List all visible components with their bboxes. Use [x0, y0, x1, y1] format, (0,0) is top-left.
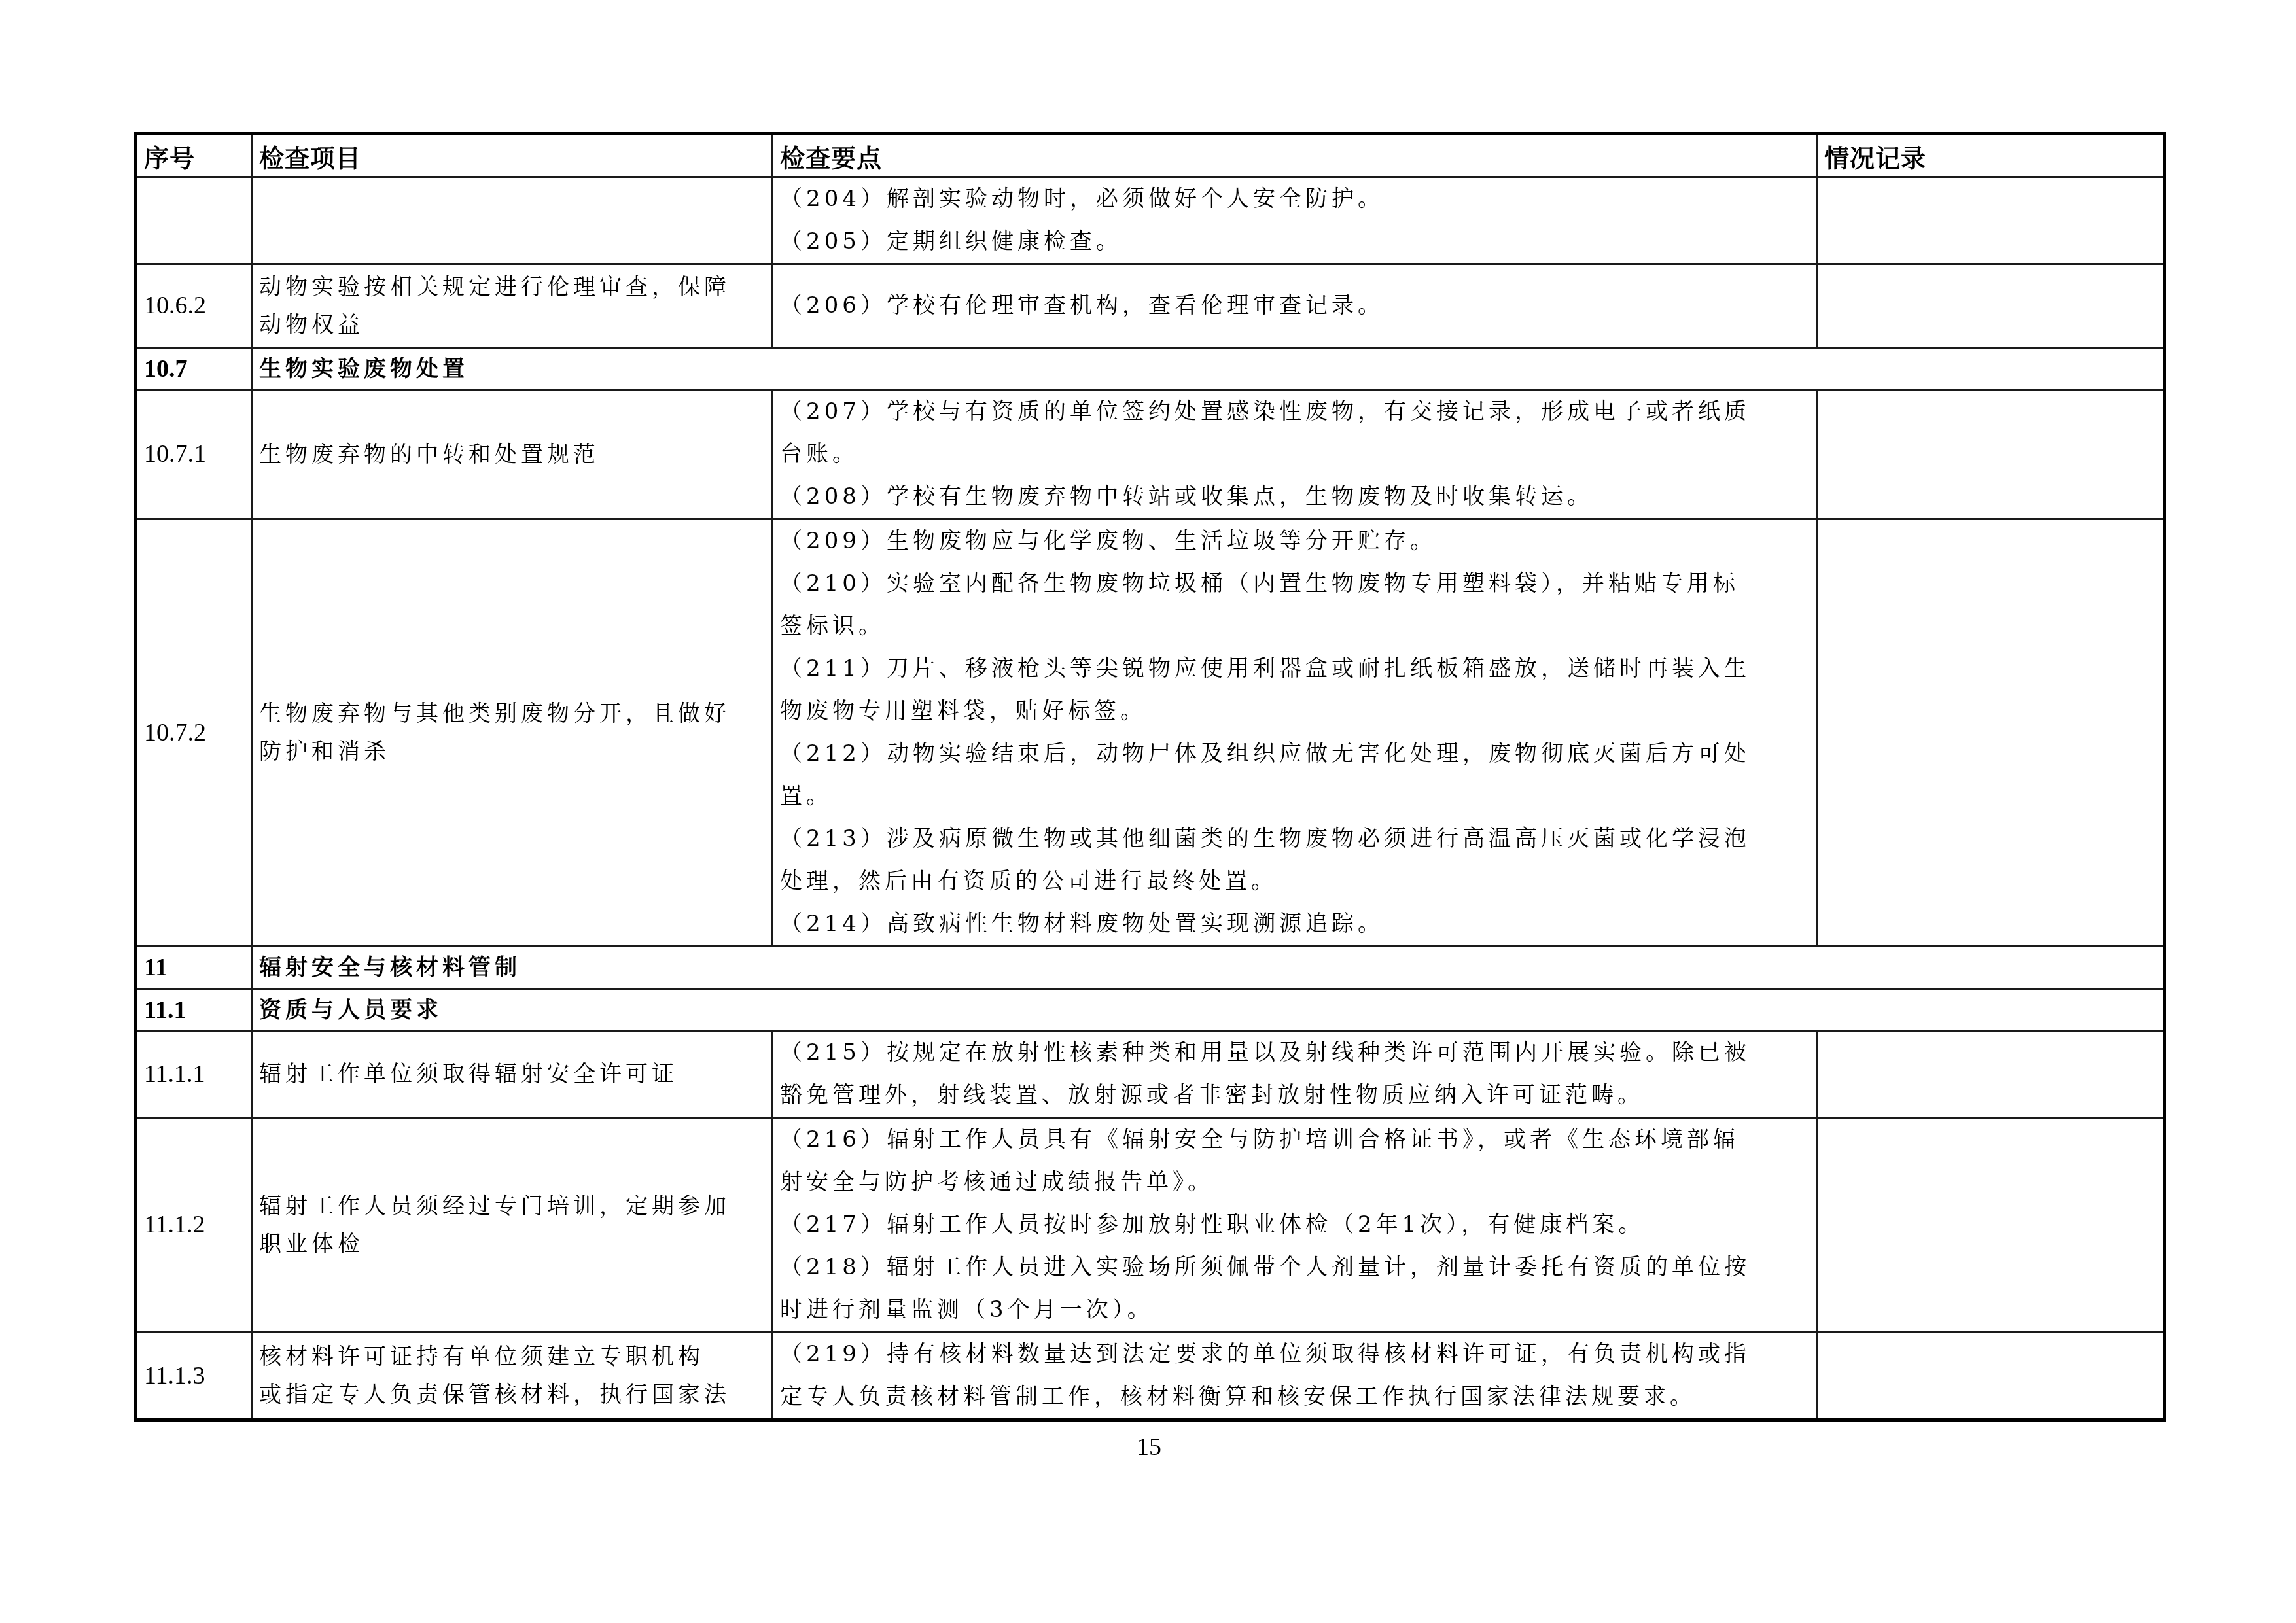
record-cell[interactable] [1817, 1333, 2164, 1420]
check-point-line: 射安全与防护考核通过成绩报告单》。 [780, 1161, 1809, 1204]
check-item-line: 防护和消杀 [259, 733, 765, 771]
check-point-line: （205）定期组织健康检查。 [780, 220, 1809, 263]
record-cell[interactable] [1817, 519, 2164, 947]
check-item: 动物实验按相关规定进行伦理审查，保障动物权益 [252, 264, 773, 348]
table-row: 10.6.2动物实验按相关规定进行伦理审查，保障动物权益（206）学校有伦理审查… [136, 264, 2164, 348]
check-point-line: （212）动物实验结束后，动物尸体及组织应做无害化处理，废物彻底灭菌后方可处 [780, 733, 1809, 775]
document-page: 序号 检查项目 检查要点 情况记录 （204）解剖实验动物时，必须做好个人安全防… [0, 0, 2296, 1623]
check-point-line: 台账。 [780, 433, 1809, 476]
check-item [252, 177, 773, 264]
table-row: 11.1.2辐射工作人员须经过专门培训，定期参加职业体检（216）辐射工作人员具… [136, 1118, 2164, 1333]
header-check-item: 检查项目 [252, 134, 773, 177]
check-item-line: 生物废弃物与其他类别废物分开，且做好 [259, 695, 765, 733]
check-points: （219）持有核材料数量达到法定要求的单位须取得核材料许可证，有负责机构或指定专… [773, 1333, 1817, 1420]
check-item-line: 生物废弃物的中转和处置规范 [259, 436, 765, 474]
check-point-line: （210）实验室内配备生物废物垃圾桶（内置生物废物专用塑料袋），并粘贴专用标 [780, 563, 1809, 605]
header-check-points: 检查要点 [773, 134, 1817, 177]
check-item: 生物废弃物的中转和处置规范 [252, 390, 773, 519]
section-number: 11 [136, 947, 252, 989]
check-point-line: （217）辐射工作人员按时参加放射性职业体检（2年1次），有健康档案。 [780, 1204, 1809, 1246]
check-points: （207）学校与有资质的单位签约处置感染性废物，有交接记录，形成电子或者纸质台账… [773, 390, 1817, 519]
record-cell[interactable] [1817, 390, 2164, 519]
section-row: 10.7生物实验废物处置 [136, 348, 2164, 390]
check-item-line: 辐射工作人员须经过专门培训，定期参加 [259, 1187, 765, 1225]
table-row: 10.7.2生物废弃物与其他类别废物分开，且做好防护和消杀（209）生物废物应与… [136, 519, 2164, 947]
check-item-line: 辐射工作单位须取得辐射安全许可证 [259, 1055, 765, 1093]
table-row: 11.1.1辐射工作单位须取得辐射安全许可证（215）按规定在放射性核素种类和用… [136, 1031, 2164, 1118]
page-number: 15 [1116, 1433, 1182, 1461]
check-point-line: 定专人负责核材料管制工作，核材料衡算和核安保工作执行国家法律法规要求。 [780, 1376, 1809, 1418]
item-number: 11.1.3 [136, 1333, 252, 1420]
check-points: （216）辐射工作人员具有《辐射安全与防护培训合格证书》，或者《生态环境部辐射安… [773, 1118, 1817, 1333]
section-title: 辐射安全与核材料管制 [252, 947, 2164, 989]
record-cell[interactable] [1817, 177, 2164, 264]
check-item-line: 或指定专人负责保管核材料，执行国家法 [259, 1376, 765, 1414]
check-item-line: 动物实验按相关规定进行伦理审查，保障 [259, 268, 765, 306]
record-cell[interactable] [1817, 1031, 2164, 1118]
check-point-line: 置。 [780, 775, 1809, 818]
section-number: 10.7 [136, 348, 252, 390]
header-number: 序号 [136, 134, 252, 177]
item-number: 11.1.1 [136, 1031, 252, 1118]
check-point-line: （206）学校有伦理审查机构，查看伦理审查记录。 [780, 285, 1809, 327]
check-point-line: （204）解剖实验动物时，必须做好个人安全防护。 [780, 178, 1809, 220]
check-point-line: 时进行剂量监测（3个月一次）。 [780, 1289, 1809, 1331]
table-row: （204）解剖实验动物时，必须做好个人安全防护。（205）定期组织健康检查。 [136, 177, 2164, 264]
item-number: 10.7.1 [136, 390, 252, 519]
check-point-line: （211）刀片、移液枪头等尖锐物应使用利器盒或耐扎纸板箱盛放，送储时再装入生 [780, 648, 1809, 690]
table-row: 11.1.3核材料许可证持有单位须建立专职机构或指定专人负责保管核材料，执行国家… [136, 1333, 2164, 1420]
section-title: 生物实验废物处置 [252, 348, 2164, 390]
check-point-line: （216）辐射工作人员具有《辐射安全与防护培训合格证书》，或者《生态环境部辐 [780, 1119, 1809, 1161]
record-cell[interactable] [1817, 1118, 2164, 1333]
check-item: 辐射工作单位须取得辐射安全许可证 [252, 1031, 773, 1118]
header-record: 情况记录 [1817, 134, 2164, 177]
check-point-line: 物废物专用塑料袋，贴好标签。 [780, 690, 1809, 733]
table-body: （204）解剖实验动物时，必须做好个人安全防护。（205）定期组织健康检查。10… [136, 177, 2164, 1420]
check-point-line: （214）高致病性生物材料废物处置实现溯源追踪。 [780, 903, 1809, 945]
check-point-line: （213）涉及病原微生物或其他细菌类的生物废物必须进行高温高压灭菌或化学浸泡 [780, 818, 1809, 860]
check-item-line: 核材料许可证持有单位须建立专职机构 [259, 1338, 765, 1376]
check-point-line: （208）学校有生物废弃物中转站或收集点，生物废物及时收集转运。 [780, 476, 1809, 518]
section-title: 资质与人员要求 [252, 989, 2164, 1031]
check-item-line: 动物权益 [259, 306, 765, 344]
section-number: 11.1 [136, 989, 252, 1031]
check-points: （209）生物废物应与化学废物、生活垃圾等分开贮存。（210）实验室内配备生物废… [773, 519, 1817, 947]
check-points: （215）按规定在放射性核素种类和用量以及射线种类许可范围内开展实验。除已被豁免… [773, 1031, 1817, 1118]
section-row: 11.1资质与人员要求 [136, 989, 2164, 1031]
check-item: 核材料许可证持有单位须建立专职机构或指定专人负责保管核材料，执行国家法 [252, 1333, 773, 1420]
table-header-row: 序号 检查项目 检查要点 情况记录 [136, 134, 2164, 177]
check-point-line: 签标识。 [780, 605, 1809, 648]
inspection-checklist-table: 序号 检查项目 检查要点 情况记录 （204）解剖实验动物时，必须做好个人安全防… [134, 132, 2166, 1422]
check-item-line: 职业体检 [259, 1225, 765, 1263]
item-number: 10.7.2 [136, 519, 252, 947]
check-point-line: 处理，然后由有资质的公司进行最终处置。 [780, 860, 1809, 903]
check-item: 辐射工作人员须经过专门培训，定期参加职业体检 [252, 1118, 773, 1333]
check-point-line: （219）持有核材料数量达到法定要求的单位须取得核材料许可证，有负责机构或指 [780, 1333, 1809, 1376]
item-number: 11.1.2 [136, 1118, 252, 1333]
check-point-line: 豁免管理外，射线装置、放射源或者非密封放射性物质应纳入许可证范畴。 [780, 1074, 1809, 1117]
check-point-line: （218）辐射工作人员进入实验场所须佩带个人剂量计，剂量计委托有资质的单位按 [780, 1246, 1809, 1289]
item-number: 10.6.2 [136, 264, 252, 348]
item-number [136, 177, 252, 264]
record-cell[interactable] [1817, 264, 2164, 348]
check-point-line: （215）按规定在放射性核素种类和用量以及射线种类许可范围内开展实验。除已被 [780, 1032, 1809, 1074]
section-row: 11辐射安全与核材料管制 [136, 947, 2164, 989]
check-points: （204）解剖实验动物时，必须做好个人安全防护。（205）定期组织健康检查。 [773, 177, 1817, 264]
check-point-line: （209）生物废物应与化学废物、生活垃圾等分开贮存。 [780, 520, 1809, 563]
table-row: 10.7.1生物废弃物的中转和处置规范（207）学校与有资质的单位签约处置感染性… [136, 390, 2164, 519]
check-points: （206）学校有伦理审查机构，查看伦理审查记录。 [773, 264, 1817, 348]
check-item: 生物废弃物与其他类别废物分开，且做好防护和消杀 [252, 519, 773, 947]
check-point-line: （207）学校与有资质的单位签约处置感染性废物，有交接记录，形成电子或者纸质 [780, 391, 1809, 433]
